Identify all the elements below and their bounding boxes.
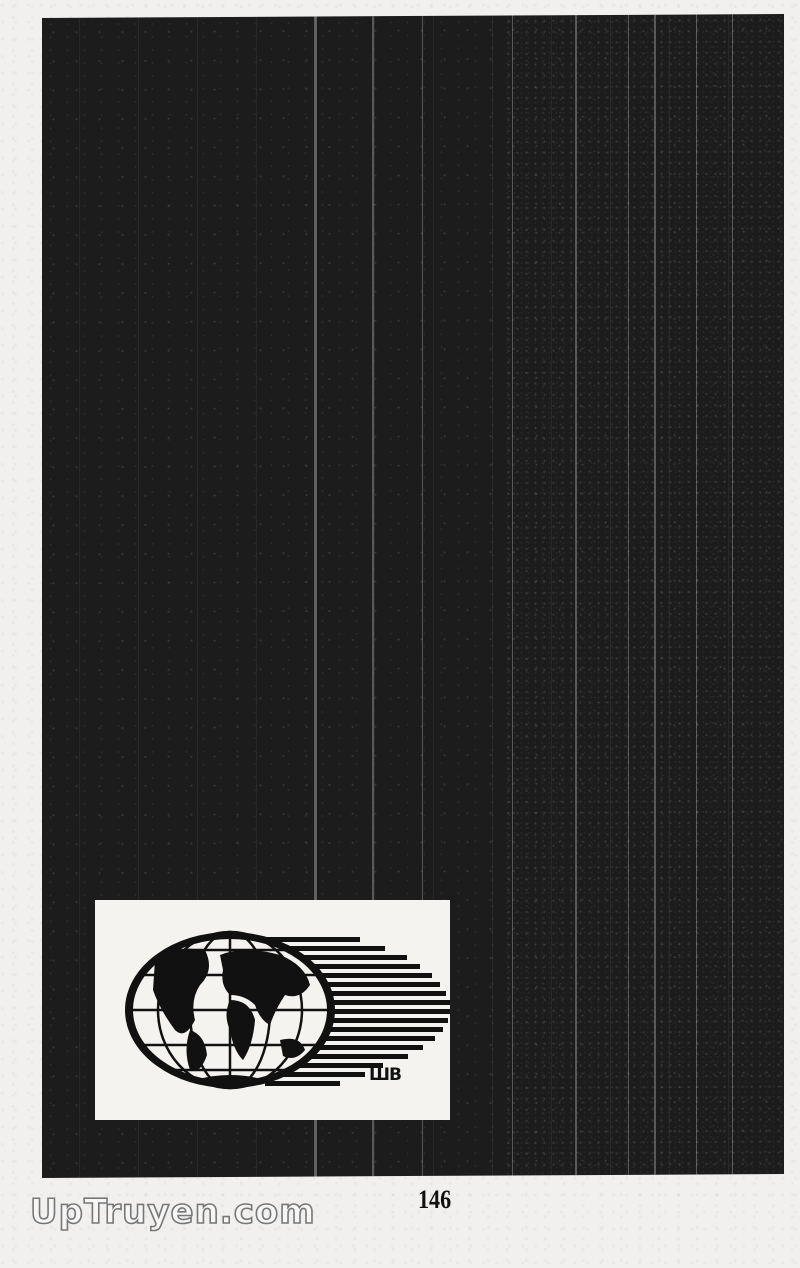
- site-watermark: UpTruyen.com: [30, 1192, 316, 1232]
- publisher-logo: ШB: [95, 900, 450, 1120]
- page-number: 146: [418, 1185, 451, 1215]
- brand-mark: ШB: [369, 1065, 401, 1085]
- globe-with-speed-lines-icon: [95, 900, 450, 1120]
- scan-speckle: [504, 14, 784, 1175]
